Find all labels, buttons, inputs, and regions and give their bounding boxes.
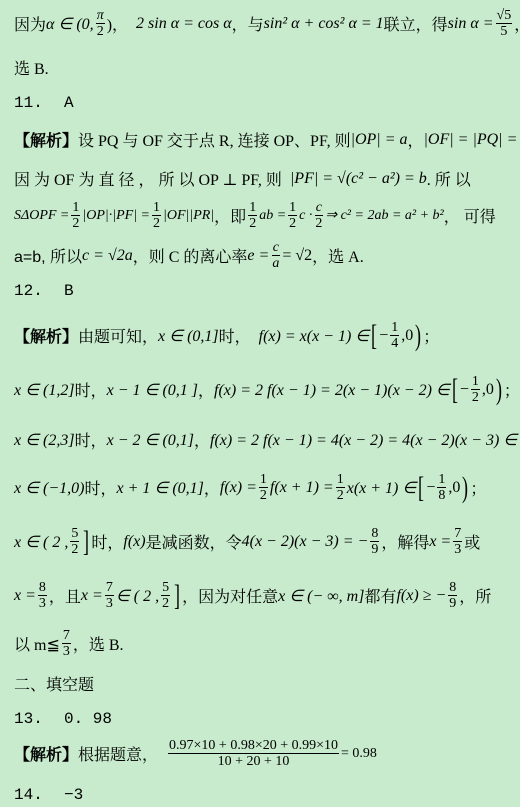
q13-solution-line: 【解析】 根据题意， 0.97×10 + 0.98×20 + 0.99×1010… (14, 738, 377, 769)
text: ，与 (232, 12, 264, 35)
q12-solution-line-5: x ∈ ( 2 , 52 ] 时， f(x) 是减函数，令 4(x − 2)(x… (14, 526, 480, 557)
fraction: 12 (152, 200, 161, 231)
fraction: 12 (471, 374, 480, 405)
q11-solution-line-2: 因 为 OF 为 直 径 ， 所 以 OP ⊥ PF, 则 |PF| = √(c… (14, 167, 471, 190)
fraction: 73 (453, 526, 462, 557)
math: |OF| = |PQ| = c (424, 131, 520, 149)
math: c = √2a (82, 247, 133, 265)
q12-solution-line-4: x ∈ (−1,0) 时， x + 1 ∈ (0,1] ， f(x) = 12 … (14, 472, 486, 503)
text: 时， (219, 324, 251, 347)
fraction: 83 (38, 580, 47, 611)
fraction: 52 (161, 580, 170, 611)
fraction: 89 (370, 526, 379, 557)
text: ， (194, 428, 210, 451)
fraction: 89 (448, 580, 457, 611)
q11-solution-line-3: SΔOPF = 12 |OP|·|PF| = 12 |OF||PR| ，即 12… (14, 200, 496, 231)
q10-solution-line: 因为 α ∈ (0, π2 )， 2 sin α = cos α ，与 sin²… (14, 8, 520, 39)
text: 是减函数，令 (146, 530, 242, 553)
answer: −3 (64, 786, 83, 804)
math: |OP| = a (351, 131, 408, 149)
math: ⇒ c² = 2ab = a² + b² (325, 207, 443, 224)
analysis-label: 【解析】 (14, 324, 78, 347)
math: f(x) = (220, 479, 257, 497)
document-page: 因为 α ∈ (0, π2 )， 2 sin α = cos α ，与 sin²… (0, 0, 520, 807)
math: )， (107, 12, 128, 35)
math: c · (299, 208, 312, 224)
denominator: 2 (96, 24, 105, 39)
text: 以 m≦ (14, 632, 60, 655)
analysis-label: 【解析】 (14, 128, 78, 151)
math: x = (14, 587, 36, 605)
text: 根据题意， (78, 742, 158, 765)
text: ， (514, 12, 520, 35)
math: = 0.98 (341, 746, 377, 762)
text: ； (423, 324, 439, 347)
math: x(x + 1) ∈ (347, 478, 417, 498)
text: ，选 A. (312, 244, 364, 267)
math: x ∈ (1,2] (14, 380, 75, 400)
analysis-label: 【解析】 (14, 742, 78, 765)
question-number: 13. (14, 710, 64, 728)
q11-solution-line-1: 【解析】 设 PQ 与 OF 交于点 R, 连接 OP、PF, 则 |OP| =… (14, 128, 520, 151)
fraction: 52 (70, 526, 79, 557)
math: |PF| = √(c² − a²) = b (290, 170, 427, 188)
text: ， (408, 128, 424, 151)
q11-answer-line: 11. A (14, 94, 74, 112)
text: 时， (91, 530, 123, 553)
fraction: π2 (96, 8, 105, 39)
math: = √2 (282, 247, 312, 265)
answer: 0. 98 (64, 710, 112, 728)
q10-conclusion: 选 B. (14, 56, 49, 79)
math: x ∈ (2,3] (14, 430, 75, 450)
text: ， 可得 (444, 204, 496, 227)
math: e = (247, 247, 269, 265)
math: α ∈ (0, (46, 14, 94, 34)
math: f(x) = 2 f(x − 1) = 4(x − 2) = 4(x − 2)(… (210, 430, 520, 450)
text: ，且 (49, 584, 81, 607)
math: 2 sin α = cos α (136, 15, 232, 33)
math: sin² α + cos² α = 1 (264, 15, 384, 33)
text: 或 (464, 530, 480, 553)
text: a=b, 所以 (14, 244, 82, 267)
numerator: √5 (496, 8, 513, 24)
math: f(x) (123, 533, 145, 551)
fraction: 12 (259, 472, 268, 503)
text: 选 B. (14, 56, 49, 79)
q12-solution-line-3: x ∈ (2,3] 时， x − 2 ∈ (0,1] ， f(x) = 2 f(… (14, 428, 520, 451)
math: f(x) = x(x − 1) ∈ (259, 326, 370, 346)
answer: A (64, 94, 74, 112)
fraction: 12 (248, 200, 257, 231)
text: ， (198, 378, 214, 401)
q12-solution-line-7: 以 m≦ 73 ，选 B. (14, 628, 124, 659)
math: 4(x − 2)(x − 3) = − (242, 533, 369, 551)
q14-answer-line: 14. −3 (14, 786, 83, 804)
fraction: 12 (288, 200, 297, 231)
math: x − 2 ∈ (0,1] (107, 430, 194, 450)
math: x ∈ (− ∞, m] (278, 586, 364, 606)
fraction: 0.97×10 + 0.98×20 + 0.99×1010 + 20 + 10 (168, 738, 339, 769)
math: ∈ ( 2 , (116, 586, 159, 606)
q13-answer-line: 13. 0. 98 (14, 710, 112, 728)
text: 因为 (14, 12, 46, 35)
math: ab = (259, 208, 286, 224)
numerator: π (96, 8, 105, 24)
fraction: 12 (336, 472, 345, 503)
text: . 所 以 (427, 167, 471, 190)
question-number: 14. (14, 786, 64, 804)
text: ，选 B. (73, 632, 124, 655)
q12-solution-line-2: x ∈ (1,2] 时， x − 1 ∈ (0,1 ] ， f(x) = 2 f… (14, 374, 520, 405)
section-title: 二、填空题 (14, 672, 94, 695)
math: f(x + 1) = (270, 479, 334, 497)
text: 时， (75, 378, 107, 401)
fraction: 12 (71, 200, 80, 231)
text: ，即 (214, 204, 246, 227)
text: ，解得 (381, 530, 429, 553)
fraction: 14 (390, 320, 399, 351)
fraction: 73 (62, 628, 71, 659)
fraction: ca (271, 240, 280, 271)
math: x ∈ ( 2 , (14, 532, 68, 552)
text: 联立，得 (384, 12, 448, 35)
math: f(x) = 2 f(x − 1) = 2(x − 1)(x − 2) ∈ (214, 380, 450, 400)
math: x ∈ (0,1] (158, 326, 219, 346)
math: SΔOPF = (14, 208, 69, 224)
text: 设 PQ 与 OF 交于点 R, 连接 OP、PF, 则 (78, 128, 351, 151)
section-heading: 二、填空题 (14, 672, 94, 695)
fraction: c2 (314, 200, 323, 231)
q12-solution-line-1: 【解析】 由题可知， x ∈ (0,1] 时， f(x) = x(x − 1) … (14, 320, 439, 351)
question-number: 11. (14, 94, 64, 112)
math: sin α = (448, 15, 494, 33)
text: 都有 (364, 584, 396, 607)
text: 时， (75, 428, 107, 451)
text: ，则 C 的离心率 (133, 244, 248, 267)
q11-solution-line-4: a=b, 所以 c = √2a ，则 C 的离心率 e = ca = √2 ，选… (14, 240, 364, 271)
fraction: √55 (496, 8, 513, 39)
math: x = (429, 533, 451, 551)
text: ，因为对任意 (182, 584, 278, 607)
q12-answer-line: 12. B (14, 282, 74, 300)
text: ； (504, 378, 520, 401)
text: ； (470, 476, 486, 499)
math: x ∈ (−1,0) (14, 478, 85, 498)
text: 时， (85, 476, 117, 499)
fraction: 18 (437, 472, 446, 503)
math: f(x) ≥ − (396, 587, 446, 605)
q12-solution-line-6: x = 83 ，且 x = 73 ∈ ( 2 , 52 ] ，因为对任意 x ∈… (14, 580, 491, 611)
question-number: 12. (14, 282, 64, 300)
math: x − 1 ∈ (0,1 ] (107, 380, 198, 400)
math: |OP|·|PF| = (82, 208, 150, 224)
fraction: 73 (105, 580, 114, 611)
denominator: 5 (499, 24, 508, 39)
math: x + 1 ∈ (0,1] (117, 478, 204, 498)
math: x = (81, 587, 103, 605)
text: 由题可知， (78, 324, 158, 347)
text: ， (204, 476, 220, 499)
math: |OF||PR| (163, 208, 214, 224)
text: 因 为 OF 为 直 径 ， 所 以 OP ⊥ PF, 则 (14, 167, 282, 190)
answer: B (64, 282, 74, 300)
text: ，所 (459, 584, 491, 607)
